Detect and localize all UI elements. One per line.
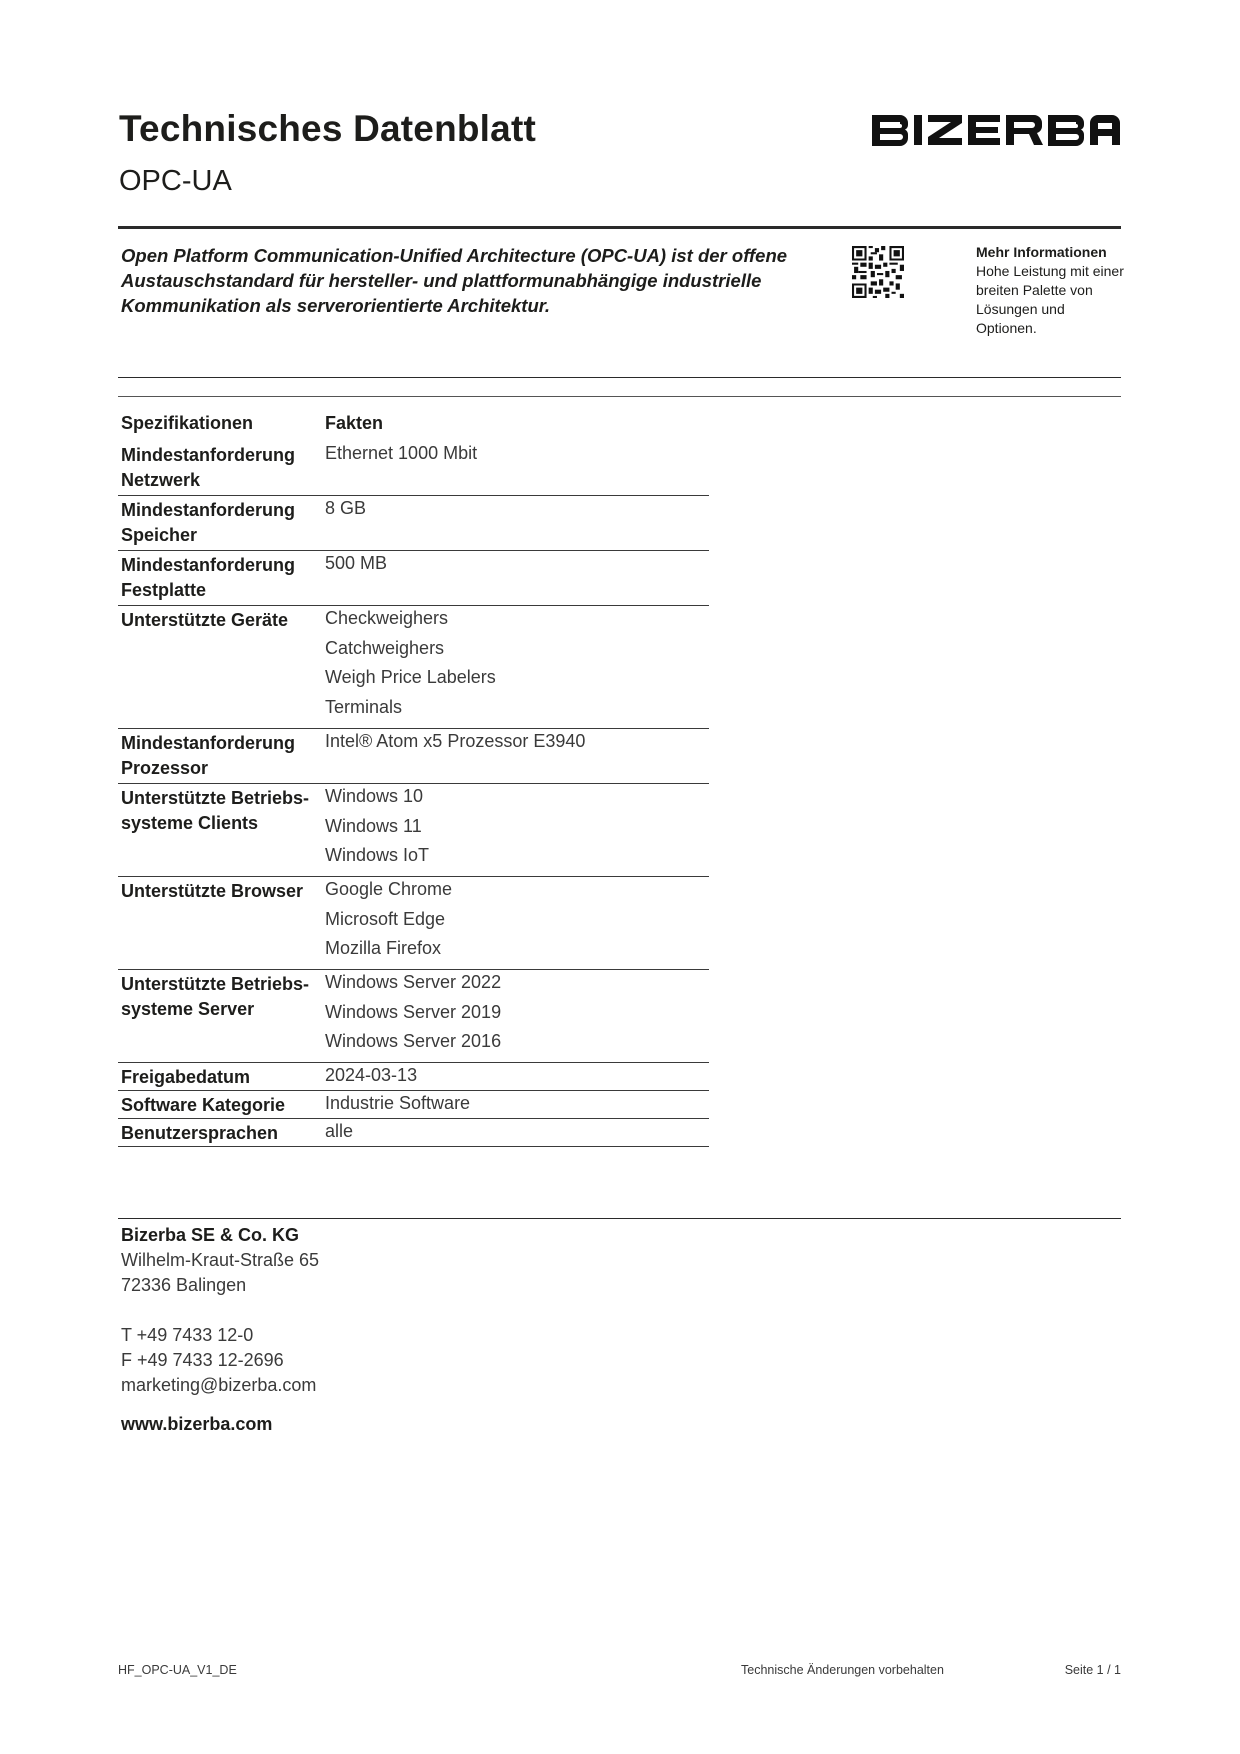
table-row: Mindestanforderung NetzwerkEthernet 1000… [118,441,709,496]
more-info-heading: Mehr Informationen [976,243,1126,262]
table-row: Mindestanforderung ProzessorIntel® Atom … [118,729,709,784]
spec-value: Terminals [325,691,709,725]
spec-value: Mozilla Firefox [325,932,709,966]
spec-values: Google ChromeMicrosoft EdgeMozilla Firef… [325,877,709,969]
spec-value: Windows Server 2022 [325,966,709,1000]
email-link[interactable]: marketing@bizerba.com [121,1373,319,1398]
spec-label: Unterstützte Browser [118,877,325,969]
column-header-spec: Spezifikationen [118,409,325,441]
spec-value: Weigh Price Labelers [325,661,709,695]
spec-label: Mindestanforderung Speicher [118,496,325,550]
company-address: Bizerba SE & Co. KG Wilhelm-Kraut-Straße… [121,1223,319,1437]
spec-value: Ethernet 1000 Mbit [325,437,709,471]
spec-value: Google Chrome [325,873,709,907]
spec-values: CheckweighersCatchweighersWeigh Price La… [325,606,709,728]
page-number: Seite 1 / 1 [1065,1663,1121,1677]
table-row: Benutzersprachenalle [118,1119,709,1147]
spec-values: Windows Server 2022Windows Server 2019Wi… [325,970,709,1062]
footer-notice: Technische Änderungen vorbehalten [741,1663,944,1677]
section-divider [118,377,1121,378]
header-divider [118,226,1121,229]
table-row: Mindestanforderung Speicher8 GB [118,496,709,551]
spec-values: alle [325,1119,709,1146]
section-divider [118,396,1121,397]
spec-values: Windows 10Windows 11Windows IoT [325,784,709,876]
spec-label: Mindestanforderung Festplatte [118,551,325,605]
spec-value: alle [325,1115,709,1149]
city: 72336 Balingen [121,1273,319,1298]
more-info-box: Mehr Informationen Hohe Leistung mit ein… [976,243,1126,338]
spec-label: Unterstützte Betriebs- systeme Server [118,970,325,1062]
spec-value: Windows 10 [325,780,709,814]
spec-value: Catchweighers [325,632,709,666]
phone: T +49 7433 12-0 [121,1323,319,1348]
spec-label: Unterstützte Betriebs- systeme Clients [118,784,325,876]
spec-values: 8 GB [325,496,709,550]
spec-label: Software Kategorie [118,1091,325,1118]
table-row: Unterstützte Betriebs- systeme ServerWin… [118,970,709,1063]
intro-text: Open Platform Communication-Unified Arch… [121,243,821,318]
spec-value: Checkweighers [325,602,709,636]
spec-label: Unterstützte Geräte [118,606,325,728]
table-row: Mindestanforderung Festplatte500 MB [118,551,709,606]
address-divider [118,1218,1121,1219]
spec-label: Mindestanforderung Prozessor [118,729,325,783]
company-name: Bizerba SE & Co. KG [121,1223,319,1248]
spec-value: Windows Server 2016 [325,1025,709,1059]
spec-value: Intel® Atom x5 Prozessor E3940 [325,725,709,759]
table-row: Unterstützte BrowserGoogle ChromeMicroso… [118,877,709,970]
spec-value: Windows Server 2019 [325,996,709,1030]
document-id: HF_OPC-UA_V1_DE [118,1663,237,1677]
street: Wilhelm-Kraut-Straße 65 [121,1248,319,1273]
bizerba-logo [872,112,1120,148]
spec-label: Benutzersprachen [118,1119,325,1146]
spec-label: Mindestanforderung Netzwerk [118,441,325,495]
spec-values: 2024-03-13 [325,1063,709,1090]
spec-value: 8 GB [325,492,709,526]
spec-value: Windows 11 [325,810,709,844]
spec-values: Industrie Software [325,1091,709,1118]
spec-value: Microsoft Edge [325,903,709,937]
more-info-text: Hohe Leistung mit einer breiten Palette … [976,262,1126,338]
fax: F +49 7433 12-2696 [121,1348,319,1373]
website-link[interactable]: www.bizerba.com [121,1412,319,1437]
spec-value: Windows IoT [325,839,709,873]
spec-value: 500 MB [325,547,709,581]
spec-label: Freigabedatum [118,1063,325,1090]
spec-values: Ethernet 1000 Mbit [325,441,709,495]
table-row: Unterstützte Betriebs- systeme ClientsWi… [118,784,709,877]
spec-table: Spezifikationen Fakten Mindestanforderun… [118,409,709,1147]
spec-values: 500 MB [325,551,709,605]
spec-values: Intel® Atom x5 Prozessor E3940 [325,729,709,783]
qr-code-icon[interactable] [852,246,904,298]
page-subtitle: OPC-UA [119,165,232,198]
table-row: Unterstützte GeräteCheckweighersCatchwei… [118,606,709,729]
page-title: Technisches Datenblatt [119,108,536,150]
